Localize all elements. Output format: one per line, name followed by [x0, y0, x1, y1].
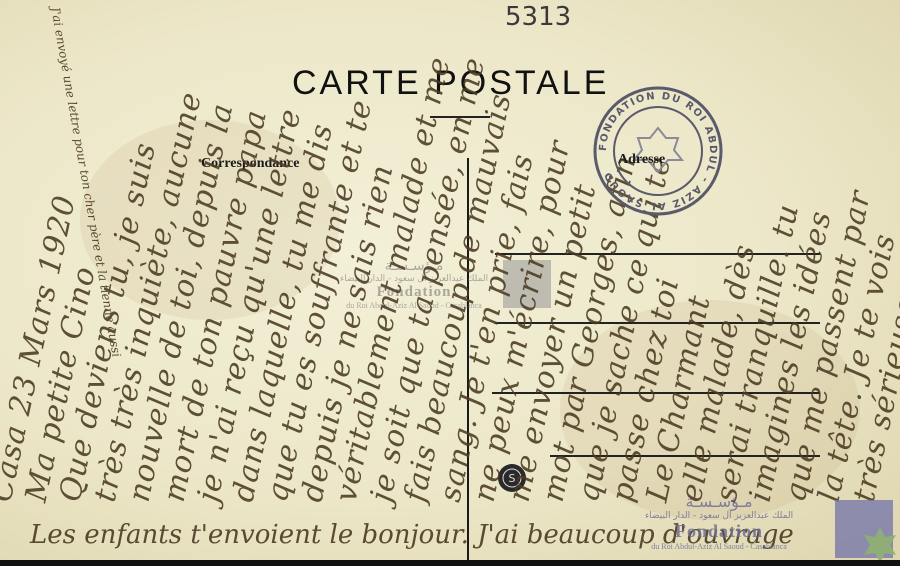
archive-number: 5313	[505, 2, 571, 32]
watermark-star-icon	[860, 525, 900, 560]
svg-text:FONDATION DU ROI ABDUL - AZIZ: FONDATION DU ROI ABDUL - AZIZ AL SAOUD	[598, 91, 718, 211]
watermark-corner: مـؤسـسـة الملك عبدالعزيز آل سعود - الدار…	[645, 492, 793, 551]
scan-edge	[0, 560, 900, 566]
foundation-stamp-icon: FONDATION DU ROI ABDUL - AZIZ AL SAOUD	[588, 86, 728, 216]
address-label: Adresse	[618, 152, 665, 168]
postcard-back: 5313 CARTE POSTALE Correspondance S مـؤس…	[0, 0, 900, 560]
